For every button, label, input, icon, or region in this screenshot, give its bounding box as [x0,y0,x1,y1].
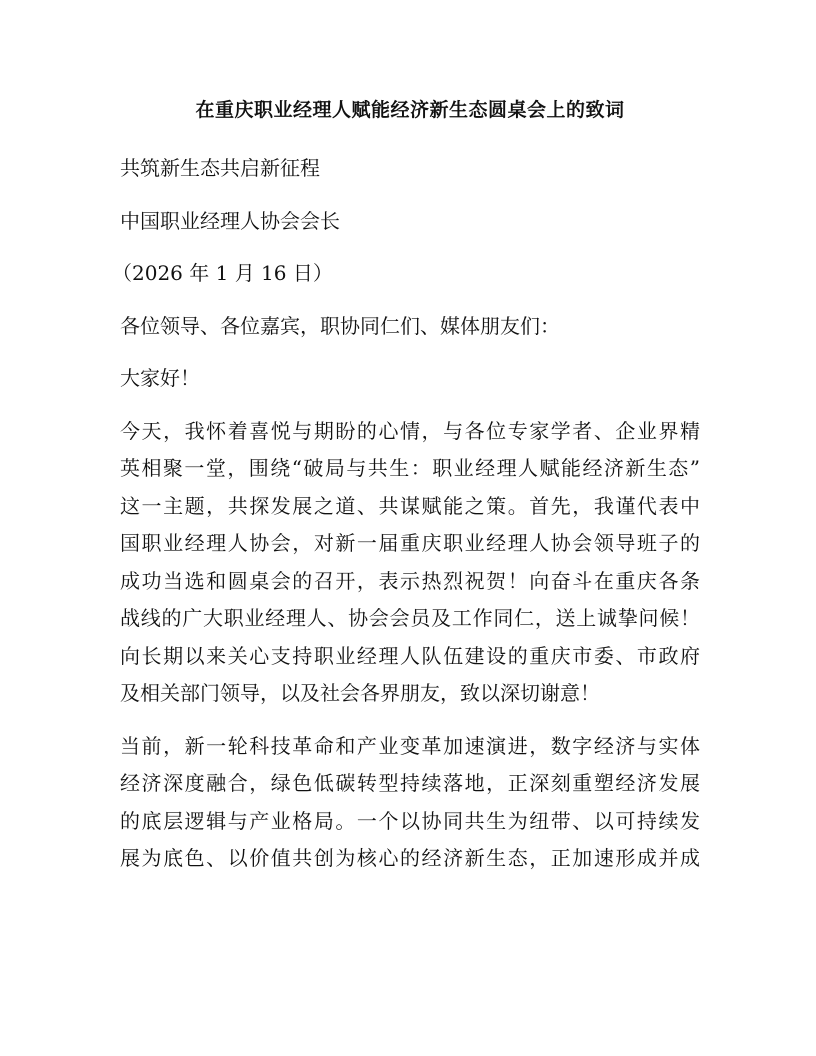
paragraph-line: 今天，我怀着喜悦与期盼的心情，与各位专家学者、企业界精 [120,413,700,451]
paragraph-line: 当前，新一轮科技革命和产业变革加速演进，数字经济与实体 [120,728,700,766]
paragraph-line: 战线的广大职业经理人、协会会员及工作同仁，送上诚挚问候！ [120,600,700,638]
paragraph-line: 及相关部门领导，以及社会各界朋友，致以深切谢意！ [120,675,700,713]
paragraph-opening: 今天，我怀着喜悦与期盼的心情，与各位专家学者、企业界精 英相聚一堂，围绕“破局与… [120,413,700,713]
paragraph-line: 英相聚一堂，围绕“破局与共生：职业经理人赋能经济新生态” [120,450,700,488]
document-title: 在重庆职业经理人赋能经济新生态圆桌会上的致词 [120,96,700,124]
speaker-title: 中国职业经理人协会会长 [120,203,700,241]
paragraph-line: 这一主题，共探发展之道、共谋赋能之策。首先，我谨代表中 [120,488,700,526]
salutation: 各位领导、各位嘉宾，职协同仁们、媒体朋友们： [120,308,700,346]
paragraph-line: 的底层逻辑与产业格局。一个以协同共生为纽带、以可持续发 [120,803,700,841]
paragraph-line: 向长期以来关心支持职业经理人队伍建设的重庆市委、市政府 [120,638,700,676]
paragraph-line: 展为底色、以价值共创为核心的经济新生态，正加速形成并成 [120,840,700,878]
document-page: 在重庆职业经理人赋能经济新生态圆桌会上的致词 共筑新生态共启新征程 中国职业经理… [120,96,700,893]
subtitle: 共筑新生态共启新征程 [120,150,700,188]
paragraph-line: 成功当选和圆桌会的召开，表示热烈祝贺！向奋斗在重庆各条 [120,563,700,601]
greeting: 大家好！ [120,360,700,398]
paragraph-line: 经济深度融合，绿色低碳转型持续落地，正深刻重塑经济发展 [120,765,700,803]
paragraph-context: 当前，新一轮科技革命和产业变革加速演进，数字经济与实体 经济深度融合，绿色低碳转… [120,728,700,878]
speech-date: （2026 年 1 月 16 日） [112,255,700,293]
paragraph-line: 国职业经理人协会，对新一届重庆职业经理人协会领导班子的 [120,525,700,563]
